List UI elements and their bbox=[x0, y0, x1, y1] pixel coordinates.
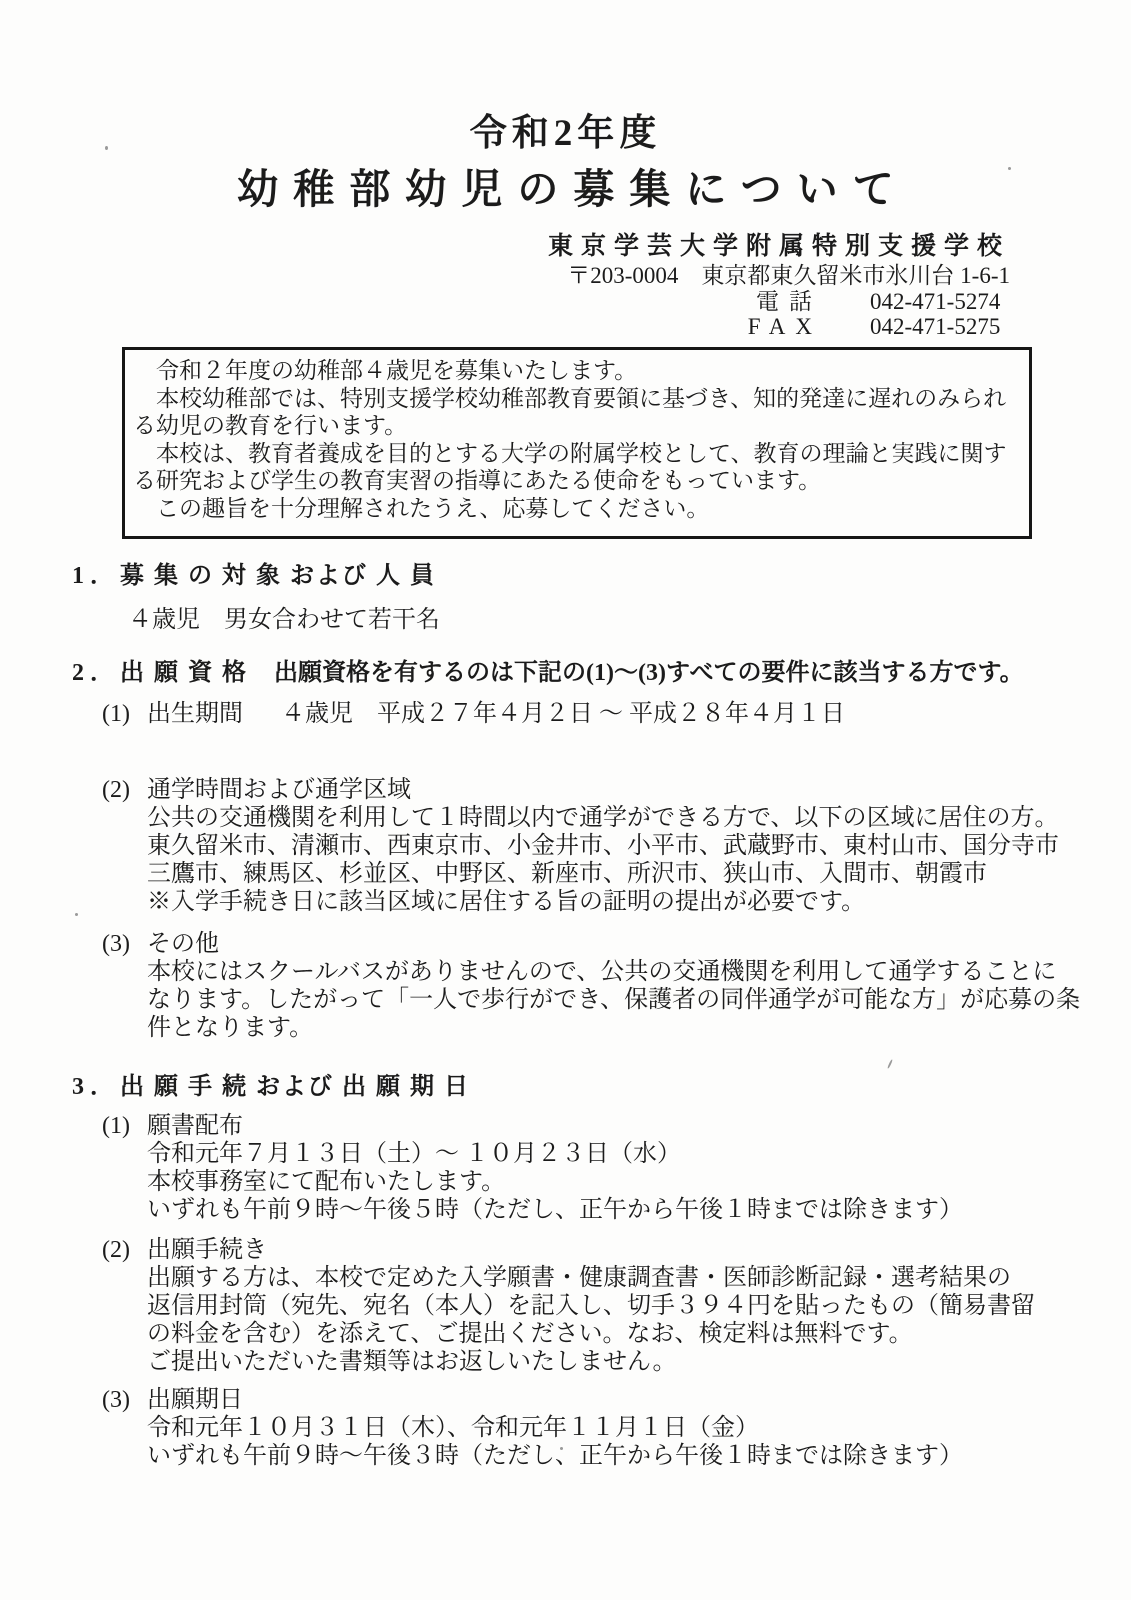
item-heading: 出願期日 bbox=[147, 1386, 243, 1414]
section-2-item-3: (3) その他 本校にはスクールバスがありませんので、公共の交通機関を利用して通… bbox=[102, 930, 1131, 1042]
text-line: ご提出いただいた書類等はお返しいたしません。 bbox=[147, 1348, 1131, 1376]
section-3-item-2: (2) 出願手続き 出願する方は、本校で定めた入学願書・健康調査書・医師診断記録… bbox=[102, 1236, 1131, 1376]
text-line: 令和元年１０月３１日（木）、令和元年１１月１日（金） bbox=[147, 1414, 1131, 1442]
text-line: 出願する方は、本校で定めた入学願書・健康調査書・医師診断記録・選考結果の bbox=[147, 1264, 1131, 1292]
section-3-item-1: (1) 願書配布 令和元年７月１３日（土）～ １０月２３日（水） 本校事務室にて… bbox=[102, 1112, 1131, 1224]
section-1-number: 1． bbox=[72, 563, 120, 589]
section-2-item-2: (2) 通学時間および通学区域 公共の交通機関を利用して１時間以内で通学ができる… bbox=[102, 776, 1131, 916]
fax-line: FAX 042-471-5275 bbox=[0, 314, 1010, 339]
fiscal-year-title: 令和2年度 bbox=[0, 110, 1131, 158]
item-heading: 願書配布 bbox=[147, 1112, 243, 1140]
section-3-number: 3． bbox=[72, 1074, 120, 1100]
phone-line: 電話 042-471-5274 bbox=[0, 289, 1010, 314]
text-line: 東久留米市、清瀬市、西東京市、小金井市、小平市、武蔵野市、東村山市、国分寺市 bbox=[147, 832, 1131, 860]
item-marker: (1) bbox=[102, 1112, 147, 1140]
text-line: 返信用封筒（宛先、宛名（本人）を記入し、切手３９４円を貼ったもの（簡易書留 bbox=[147, 1292, 1131, 1320]
section-3-item-3: (3) 出願期日 令和元年１０月３１日（木）、令和元年１１月１日（金） いずれも… bbox=[102, 1386, 1131, 1470]
text-line: 令和元年７月１３日（土）～ １０月２３日（水） bbox=[147, 1140, 1131, 1168]
notice-paragraph: 令和２年度の幼稚部４歳児を募集いたします。 bbox=[133, 357, 1029, 385]
section-2-number: 2． bbox=[72, 660, 120, 686]
text-line: の料金を含む）を添えて、ご提出ください。なお、検定料は無料です。 bbox=[147, 1320, 1131, 1348]
text-line: 公共の交通機関を利用して１時間以内で通学ができる方で、以下の区域に居住の方。 bbox=[147, 804, 1131, 832]
item-marker: (2) bbox=[102, 776, 147, 804]
text-line: 本校にはスクールバスがありませんので、公共の交通機関を利用して通学することに bbox=[147, 958, 1131, 986]
school-contact-block: 東京学芸大学附属特別支援学校 〒203-0004 東京都東久留米市氷川台 1-6… bbox=[0, 232, 1010, 339]
fax-number: 042-471-5275 bbox=[822, 314, 1010, 339]
fax-label: FAX bbox=[748, 314, 822, 339]
school-name: 東京学芸大学附属特別支援学校 bbox=[0, 232, 1010, 262]
section-2-title: 出 願 資 格 bbox=[120, 660, 248, 686]
item-marker: (1) bbox=[102, 700, 147, 728]
section-3-title: 出 願 手 続 および 出 願 期 日 bbox=[120, 1074, 470, 1100]
section-2-item-1: (1) 出生期間 ４歳児 平成２７年４月２日 ～ 平成２８年４月１日 bbox=[102, 700, 1131, 728]
section-1-heading: 1．募 集 の 対 象 および 人 員 bbox=[72, 561, 1131, 591]
notice-paragraph: この趣旨を十分理解されたうえ、応募してください。 bbox=[133, 495, 1029, 523]
scan-speck bbox=[75, 913, 78, 916]
item-heading: 通学時間および通学区域 bbox=[147, 776, 411, 804]
text-line: いずれも午前９時～午後３時（ただし、正午から午後１時までは除きます） bbox=[147, 1442, 1131, 1470]
section-2-heading: 2．出 願 資 格出願資格を有するのは下記の(1)～(3)すべての要件に該当する… bbox=[72, 658, 1131, 688]
text-line: 三鷹市、練馬区、杉並区、中野区、新座市、所沢市、狭山市、入間市、朝霞市 bbox=[147, 860, 1131, 888]
item-heading: 出生期間 bbox=[147, 700, 243, 728]
notice-paragraph: 本校幼稚部では、特別支援学校幼稚部教育要領に基づき、知的発達に遅れのみられる幼児… bbox=[133, 385, 1029, 440]
text-line: ※入学手続き日に該当区域に居住する旨の証明の提出が必要です。 bbox=[147, 888, 1131, 916]
section-1-title: 募 集 の 対 象 および 人 員 bbox=[120, 563, 436, 589]
item-heading: 出願手続き bbox=[147, 1236, 267, 1264]
phone-number: 042-471-5274 bbox=[822, 289, 1010, 314]
scanned-document-page: 令和2年度 幼稚部幼児の募集について 東京学芸大学附属特別支援学校 〒203-0… bbox=[0, 0, 1131, 1600]
item-marker: (2) bbox=[102, 1236, 147, 1264]
school-address: 〒203-0004 東京都東久留米市氷川台 1-6-1 bbox=[0, 262, 1010, 289]
notice-paragraph: 本校は、教育者養成を目的とする大学の附属学校として、教育の理論と実践に関する研究… bbox=[133, 440, 1029, 495]
phone-label: 電話 bbox=[756, 289, 822, 314]
scan-speck bbox=[105, 146, 108, 150]
text-line: 件となります。 bbox=[147, 1014, 1131, 1042]
text-line: 本校事務室にて配布いたします。 bbox=[147, 1168, 1131, 1196]
item-marker: (3) bbox=[102, 930, 147, 958]
scan-speck bbox=[1008, 167, 1011, 170]
notice-box: 令和２年度の幼稚部４歳児を募集いたします。 本校幼稚部では、特別支援学校幼稚部教… bbox=[122, 347, 1032, 539]
section-3-heading: 3．出 願 手 続 および 出 願 期 日 bbox=[72, 1072, 1131, 1102]
section-2-note: 出願資格を有するのは下記の(1)～(3)すべての要件に該当する方です。 bbox=[274, 660, 1024, 686]
text-line: いずれも午前９時～午後５時（ただし、正午から午後１時までは除きます） bbox=[147, 1196, 1131, 1224]
scan-speck bbox=[560, 1447, 563, 1450]
page-title: 幼稚部幼児の募集について bbox=[0, 162, 1131, 216]
item-heading: その他 bbox=[147, 930, 219, 958]
item-inline-text: ４歳児 平成２７年４月２日 ～ 平成２８年４月１日 bbox=[281, 700, 845, 728]
text-line: なります。したがって「一人で歩行ができ、保護者の同伴通学が可能な方」が応募の条 bbox=[147, 986, 1131, 1014]
section-1-body: ４歳児 男女合わせて若干名 bbox=[128, 606, 1131, 634]
item-marker: (3) bbox=[102, 1386, 147, 1414]
document-body: 1．募 集 の 対 象 および 人 員 ４歳児 男女合わせて若干名 2．出 願 … bbox=[0, 561, 1131, 1470]
